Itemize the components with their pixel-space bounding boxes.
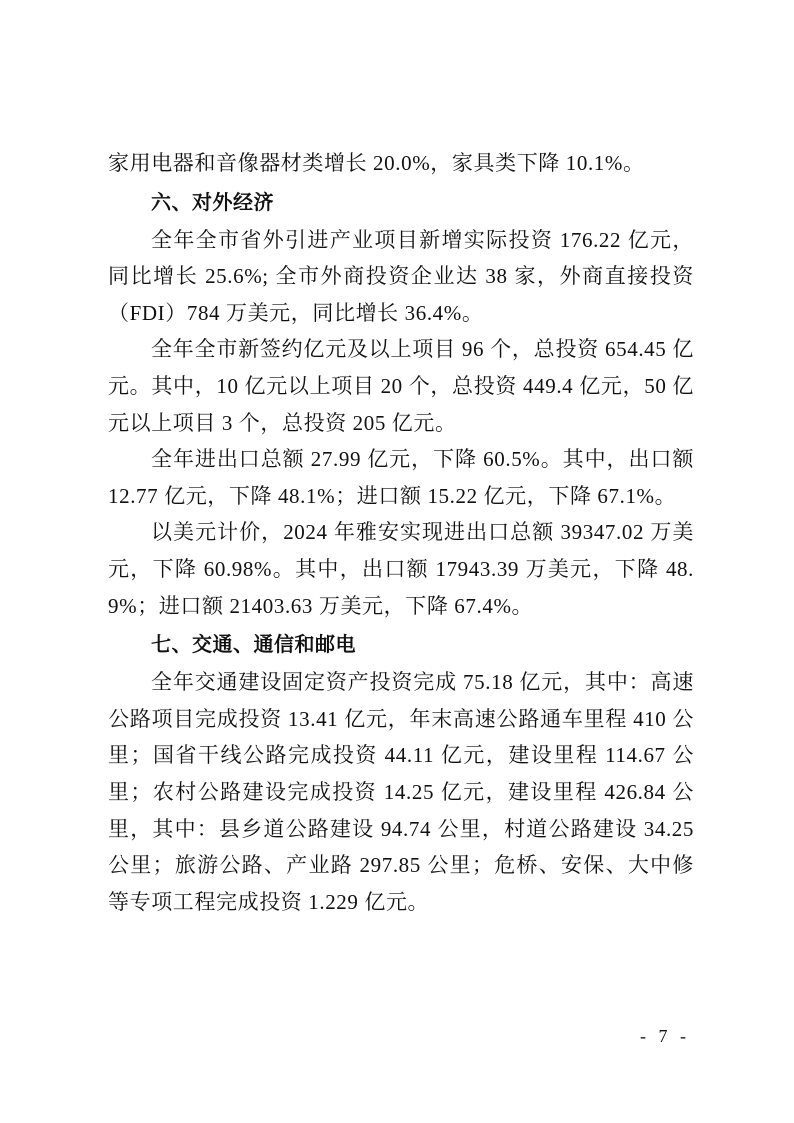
section-heading-foreign-economy: 六、对外经济 <box>108 182 694 222</box>
page-number: - 7 - <box>640 1026 690 1047</box>
paragraph-continuation: 家用电器和音像器材类增长 20.0%，家具类下降 10.1%。 <box>108 145 694 182</box>
section-heading-transport-telecom: 七、交通、通信和邮电 <box>108 624 694 664</box>
paragraph-transport-investment: 全年交通建设固定资产投资完成 75.18 亿元，其中：高速公路项目完成投资 13… <box>108 664 694 920</box>
paragraph-foreign-investment: 全年全市省外引进产业项目新增实际投资 176.22 亿元，同比增长 25.6%;… <box>108 222 694 332</box>
paragraph-import-export-usd: 以美元计价，2024 年雅安实现进出口总额 39347.02 万美元，下降 60… <box>108 514 694 624</box>
document-page: 家用电器和音像器材类增长 20.0%，家具类下降 10.1%。 六、对外经济 全… <box>108 145 694 920</box>
paragraph-signed-projects: 全年全市新签约亿元及以上项目 96 个，总投资 654.45 亿元。其中，10 … <box>108 331 694 441</box>
paragraph-import-export-rmb: 全年进出口总额 27.99 亿元，下降 60.5%。其中，出口额 12.77 亿… <box>108 441 694 514</box>
